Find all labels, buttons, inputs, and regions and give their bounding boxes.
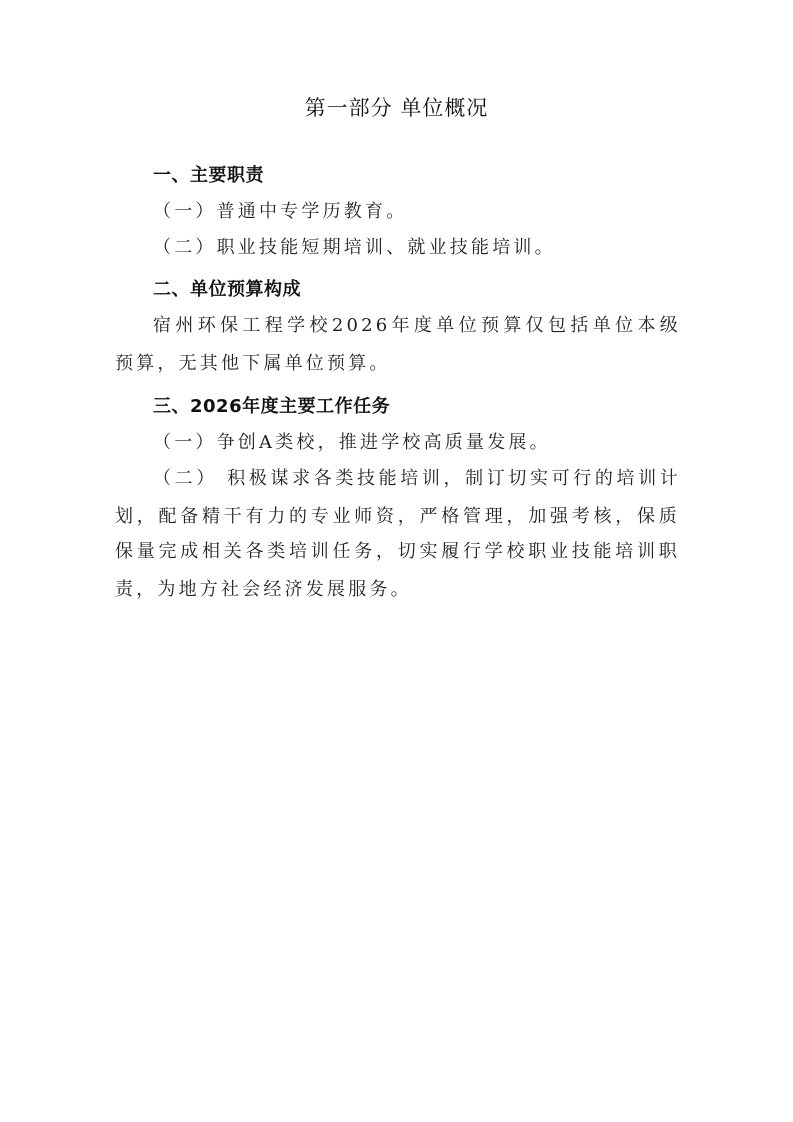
task-item-1: （一）争创A类校，推进学校高质量发展。 [153, 431, 723, 455]
page-title: 第一部分 单位概况 [0, 92, 793, 122]
task-item-2-line-1: （二） 积极谋求各类技能培训，制订切实可行的培训计 [153, 467, 681, 491]
section-heading-main-duties: 一、主要职责 [153, 164, 723, 188]
task-item-2-line-3: 保量完成相关各类培训任务，切实履行学校职业技能培训职 [115, 540, 680, 564]
budget-paragraph-line-1: 宿州环保工程学校2026年度单位预算仅包括单位本级 [153, 314, 681, 338]
task-item-2-line-4: 责，为地方社会经济发展服务。 [115, 578, 685, 602]
duty-item-1: （一）普通中专学历教育。 [153, 200, 723, 224]
section-heading-work-tasks: 三、2026年度主要工作任务 [153, 395, 723, 419]
budget-paragraph-line-2: 预算，无其他下属单位预算。 [115, 352, 685, 376]
section-heading-budget-composition: 二、单位预算构成 [153, 278, 723, 302]
document-page: 第一部分 单位概况 一、主要职责 （一）普通中专学历教育。 （二）职业技能短期培… [0, 0, 793, 1122]
duty-item-2: （二）职业技能短期培训、就业技能培训。 [153, 236, 723, 260]
task-item-2-line-2: 划，配备精干有力的专业师资，严格管理，加强考核，保质 [115, 505, 680, 529]
